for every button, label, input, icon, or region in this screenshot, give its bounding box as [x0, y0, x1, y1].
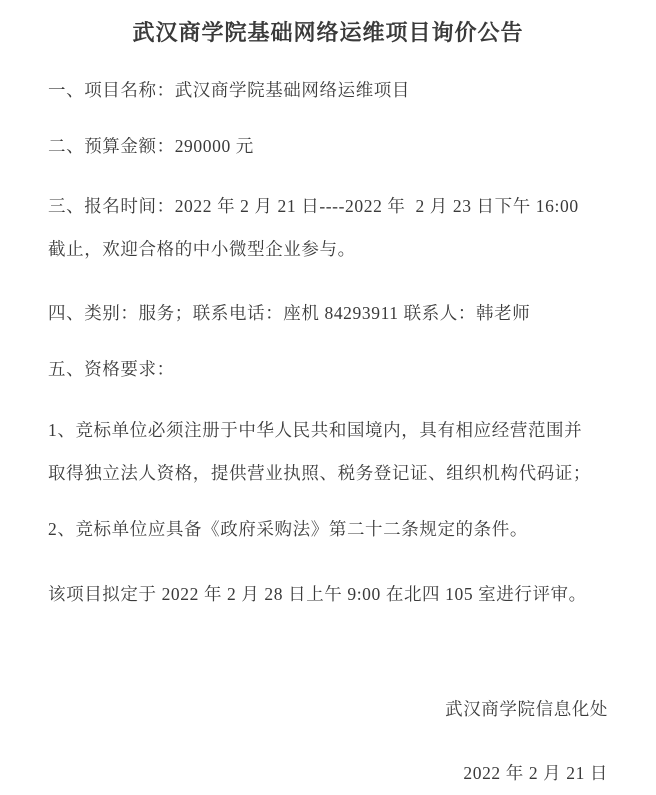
- section-registration-time-line1: 三、报名时间：2022 年 2 月 21 日----2022 年 2 月 23 …: [48, 185, 608, 228]
- section-qualification-1-line1: 1、竞标单位必须注册于中华人民共和国境内，具有相应经营范围并: [48, 409, 608, 452]
- section-qualification-2: 2、竞标单位应具备《政府采购法》第二十二条规定的条件。: [48, 508, 608, 551]
- document-title: 武汉商学院基础网络运维项目询价公告: [48, 19, 608, 47]
- section-registration-time-line2: 截止，欢迎合格的中小微型企业参与。: [48, 228, 608, 271]
- signature-date: 2022 年 2 月 21 日: [48, 752, 608, 795]
- section-qualification-1-line2: 取得独立法人资格，提供营业执照、税务登记证、组织机构代码证；: [48, 452, 608, 495]
- announcement-document: 武汉商学院基础网络运维项目询价公告 一、项目名称：武汉商学院基础网络运维项目 二…: [0, 0, 656, 795]
- section-project-name: 一、项目名称：武汉商学院基础网络运维项目: [48, 69, 608, 112]
- section-category-and-contact: 四、类别：服务；联系电话：座机 84293911 联系人：韩老师: [48, 292, 608, 335]
- signature-issuer: 武汉商学院信息化处: [48, 688, 608, 731]
- section-budget: 二、预算金额：290000 元: [48, 125, 608, 168]
- section-qualification-heading: 五、资格要求：: [48, 348, 608, 391]
- section-review-schedule: 该项目拟定于 2022 年 2 月 28 日上午 9:00 在北四 105 室进…: [48, 573, 608, 616]
